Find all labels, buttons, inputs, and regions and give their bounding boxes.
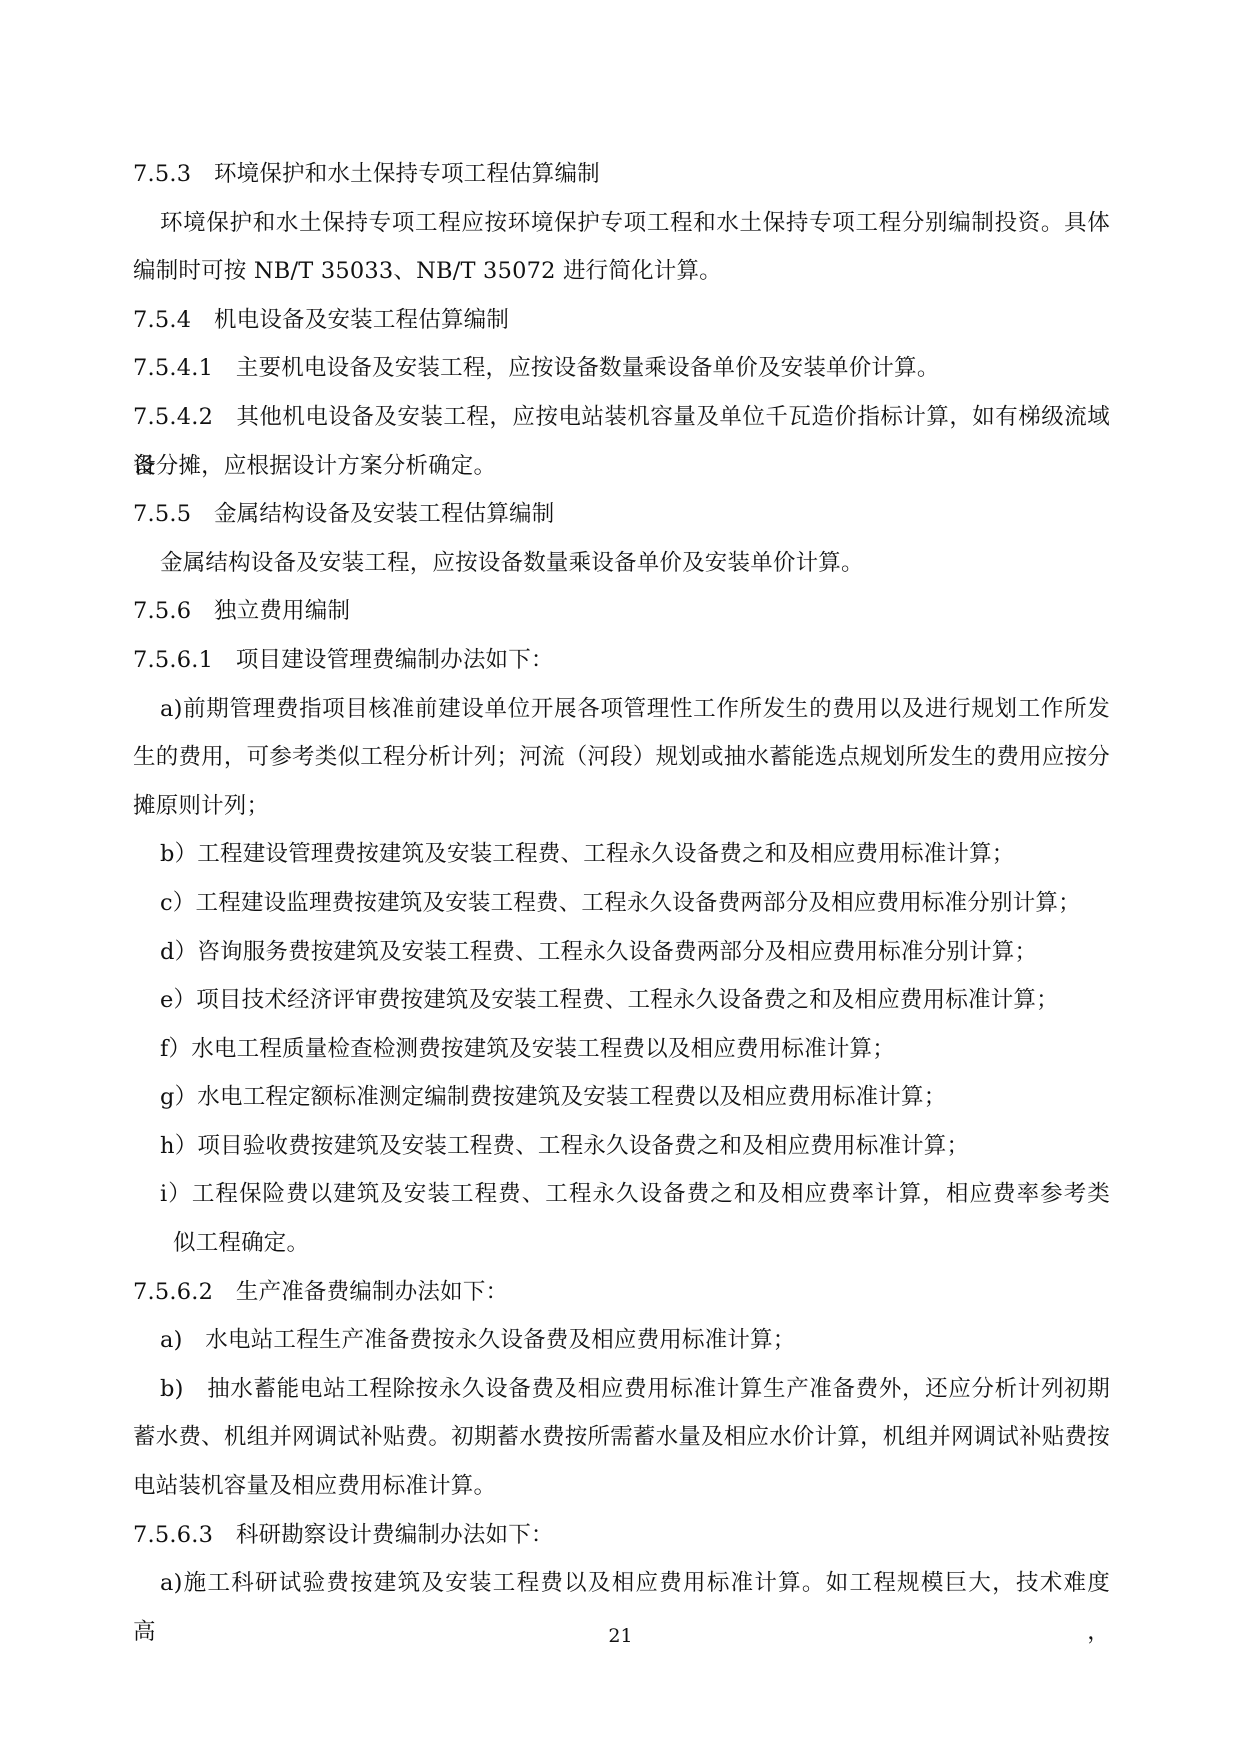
page-number: 21 [0, 1624, 1241, 1648]
item-g: g）水电工程定额标准测定编制费按建筑及安装工程费以及相应费用标准计算； [133, 1073, 1110, 1122]
item-a3: a)施工科研试验费按建筑及安装工程费以及相应费用标准计算。如工程规模巨大，技术难… [133, 1559, 1110, 1608]
item-b2-line-2: 蓄水费、机组并网调试补贴费。初期蓄水费按所需蓄水量及相应水价计算，机组并网调试补… [133, 1413, 1110, 1462]
item-e: e）项目技术经济评审费按建筑及安装工程费、工程永久设备费之和及相应费用标准计算； [133, 976, 1110, 1025]
heading-7-5-3: 7.5.3 环境保护和水土保持专项工程估算编制 [133, 150, 1110, 199]
item-a-line-1: a)前期管理费指项目核准前建设单位开展各项管理性工作所发生的费用以及进行规划工作… [133, 685, 1110, 734]
clause-7-5-6-3: 7.5.6.3 科研勘察设计费编制办法如下： [133, 1511, 1110, 1560]
clause-7-5-4-2-line-1: 7.5.4.2 其他机电设备及安装工程，应按电站装机容量及单位千瓦造价指标计算，… [133, 393, 1110, 442]
item-f: f）水电工程质量检查检测费按建筑及安装工程费以及相应费用标准计算； [133, 1025, 1110, 1074]
item-h: h）项目验收费按建筑及安装工程费、工程永久设备费之和及相应费用标准计算； [133, 1122, 1110, 1171]
item-b: b）工程建设管理费按建筑及安装工程费、工程永久设备费之和及相应费用标准计算； [133, 830, 1110, 879]
clause-7-5-4-2-line-2: 备分摊，应根据设计方案分析确定。 [133, 442, 1110, 491]
heading-7-5-6: 7.5.6 独立费用编制 [133, 587, 1110, 636]
para-7-5-3-line-2: 编制时可按 NB/T 35033、NB/T 35072 进行简化计算。 [133, 247, 1110, 296]
item-c: c）工程建设监理费按建筑及安装工程费、工程永久设备费两部分及相应费用标准分别计算… [133, 879, 1110, 928]
item-a-line-2: 生的费用，可参考类似工程分析计列；河流（河段）规划或抽水蓄能选点规划所发生的费用… [133, 733, 1110, 782]
item-i-line-2: 似工程确定。 [133, 1219, 1110, 1268]
item-b2-line-1: b) 抽水蓄能电站工程除按永久设备费及相应费用标准计算生产准备费外，还应分析计列… [133, 1365, 1110, 1414]
item-a-line-3: 摊原则计列； [133, 782, 1110, 831]
item-i-line-1: i）工程保险费以建筑及安装工程费、工程永久设备费之和及相应费率计算，相应费率参考… [133, 1170, 1110, 1219]
clause-7-5-6-1: 7.5.6.1 项目建设管理费编制办法如下： [133, 636, 1110, 685]
para-7-5-5: 金属结构设备及安装工程，应按设备数量乘设备单价及安装单价计算。 [133, 539, 1110, 588]
para-7-5-3-line-1: 环境保护和水土保持专项工程应按环境保护专项工程和水土保持专项工程分别编制投资。具… [133, 199, 1110, 248]
item-b2-line-3: 电站装机容量及相应费用标准计算。 [133, 1462, 1110, 1511]
item-d: d）咨询服务费按建筑及安装工程费、工程永久设备费两部分及相应费用标准分别计算； [133, 928, 1110, 977]
clause-7-5-4-1: 7.5.4.1 主要机电设备及安装工程，应按设备数量乘设备单价及安装单价计算。 [133, 344, 1110, 393]
heading-7-5-4: 7.5.4 机电设备及安装工程估算编制 [133, 296, 1110, 345]
clause-7-5-6-2: 7.5.6.2 生产准备费编制办法如下： [133, 1268, 1110, 1317]
item-a2: a) 水电站工程生产准备费按永久设备费及相应费用标准计算； [133, 1316, 1110, 1365]
page-body-text: 7.5.3 环境保护和水土保持专项工程估算编制 环境保护和水土保持专项工程应按环… [133, 150, 1110, 1608]
heading-7-5-5: 7.5.5 金属结构设备及安装工程估算编制 [133, 490, 1110, 539]
document-page: 7.5.3 环境保护和水土保持专项工程估算编制 环境保护和水土保持专项工程应按环… [0, 0, 1241, 1754]
